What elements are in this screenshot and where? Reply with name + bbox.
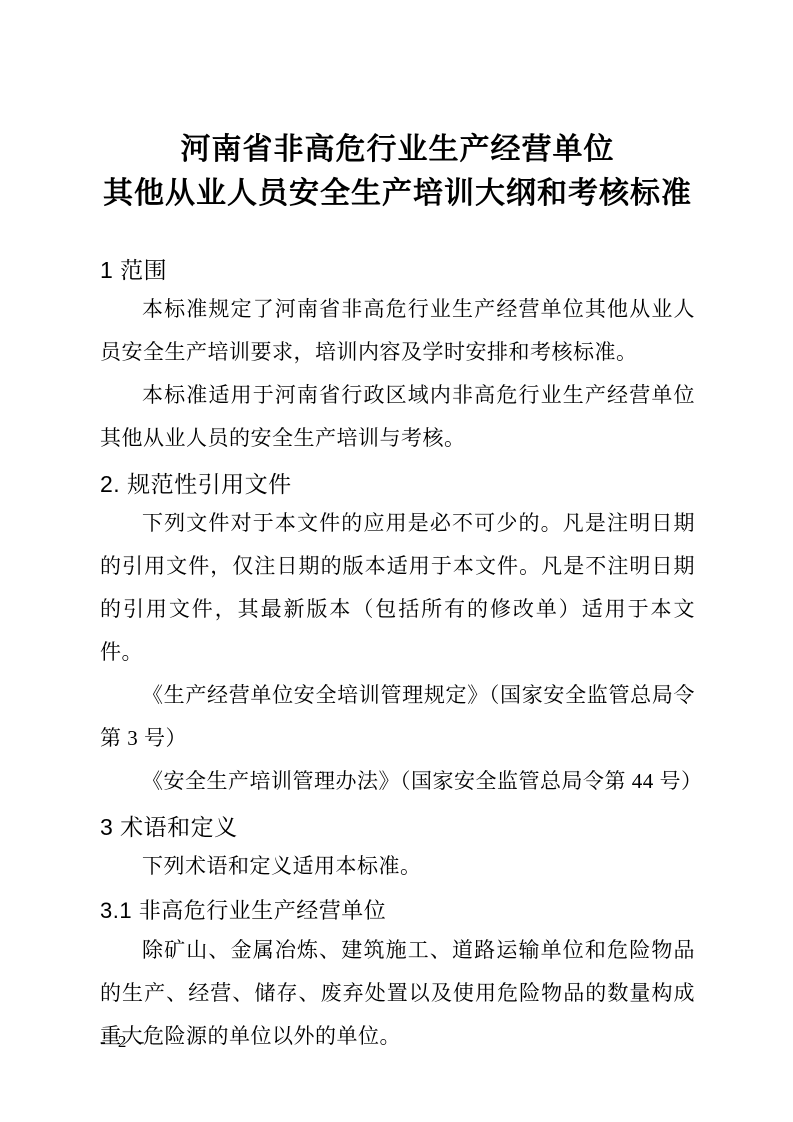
section-normative-references: 2. 规范性引用文件 下列文件对于本文件的应用是必不可少的。凡是注明日期的引用文… (100, 466, 695, 803)
subsection-3-1-paragraph: 除矿山、金属冶炼、建筑施工、道路运输单位和危险物品的生产、经营、储存、废弃处置以… (100, 929, 695, 1058)
section-scope-paragraph-2: 本标准适用于河南省行政区域内非高危行业生产经营单位其他从业人员的安全生产培训与考… (100, 374, 695, 460)
section-terms-definitions: 3 术语和定义 下列术语和定义适用本标准。 3.1 非高危行业生产经营单位 除矿… (100, 809, 695, 1058)
document-title: 河南省非高危行业生产经营单位 其他从业人员安全生产培训大纲和考核标准 (100, 128, 695, 216)
normative-reference-item-2: 《安全生产培训管理办法》（国家安全监管总局令第 44 号） (100, 760, 695, 803)
section-scope: 1 范围 本标准规定了河南省非高危行业生产经营单位其他从业人员安全生产培训要求，… (100, 252, 695, 460)
document-page: 河南省非高危行业生产经营单位 其他从业人员安全生产培训大纲和考核标准 1 范围 … (0, 0, 793, 1122)
section-scope-heading: 1 范围 (100, 252, 695, 288)
section-terms-heading: 3 术语和定义 (100, 809, 695, 845)
normative-reference-item-1: 《生产经营单位安全培训管理规定》（国家安全监管总局令第 3 号） (100, 674, 695, 760)
section-normative-references-paragraph-1: 下列文件对于本文件的应用是必不可少的。凡是注明日期的引用文件，仅注日期的版本适用… (100, 502, 695, 674)
document-title-line-1: 河南省非高危行业生产经营单位 (181, 133, 615, 166)
page-number: - 2 - (100, 1032, 148, 1052)
section-normative-references-heading: 2. 规范性引用文件 (100, 466, 695, 502)
document-title-line-2: 其他从业人员安全生产培训大纲和考核标准 (103, 177, 692, 210)
section-terms-paragraph-1: 下列术语和定义适用本标准。 (100, 845, 695, 888)
section-scope-paragraph-1: 本标准规定了河南省非高危行业生产经营单位其他从业人员安全生产培训要求，培训内容及… (100, 288, 695, 374)
subsection-3-1-heading: 3.1 非高危行业生产经营单位 (100, 893, 695, 929)
